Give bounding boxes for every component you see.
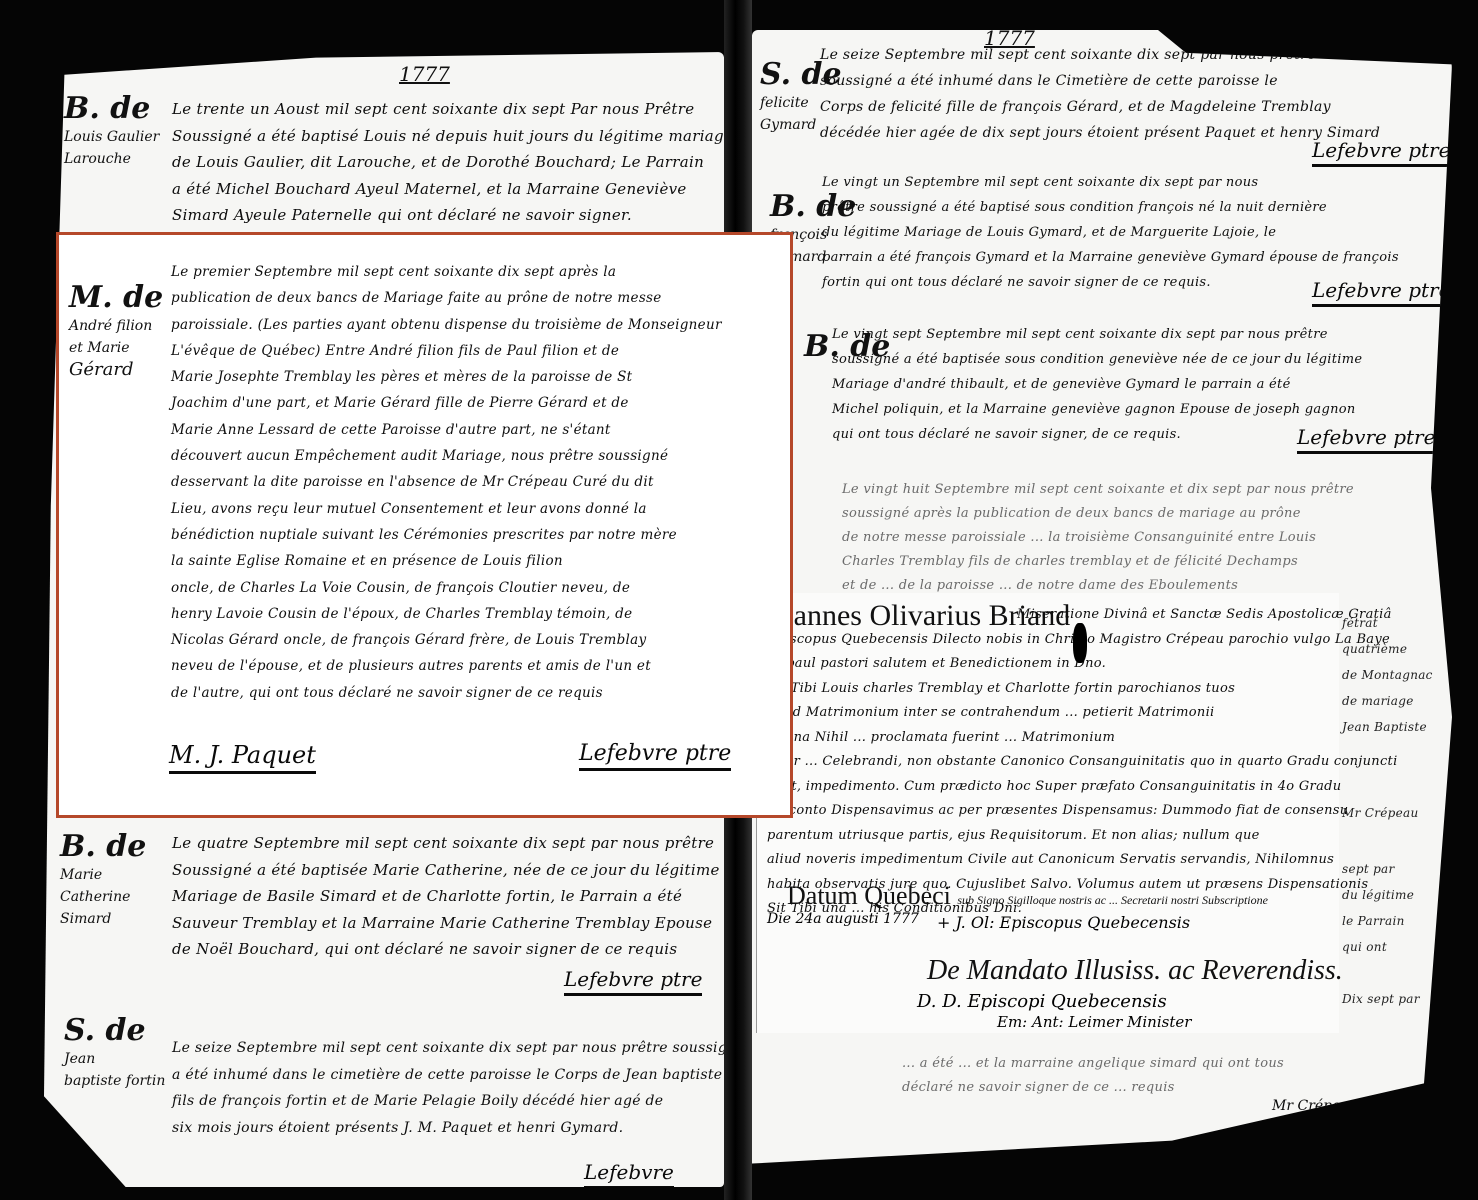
entry-baptism-marie-catherine-simard: Le quatre Septembre mil sept cent soixan… (172, 830, 720, 963)
signature-lefebvre-right-1: Lefebvre ptre (1312, 138, 1450, 167)
dispensation-date: Die 24a augusti 1777 (767, 911, 919, 927)
signature-lefebvre-entry-4: Lefebvre (584, 1160, 674, 1187)
book-binding-gutter (724, 0, 752, 1200)
datum-heading: Datum Quebeci sub Signo Sigilloque nostr… (787, 881, 1268, 911)
dd-line: D. D. Episcopi Quebecensis (917, 991, 1167, 1012)
dispensation-inset: Joannes Olivarius Briand Miseratione Div… (756, 593, 1339, 1033)
margin-note-entry-1: B. de Louis Gaulier Larouche (64, 92, 159, 170)
entry-bottom-fragment: ... a été ... et la marraine angelique s… (902, 1052, 1284, 1100)
margin-note-entry-4: S. de Jean baptiste fortin (64, 1014, 165, 1092)
year-header-left: 1777 (399, 62, 450, 86)
entry-baptism-francois-gymard: Le vingt un Septembre mil sept cent soix… (822, 170, 1399, 295)
bishop-signature: + J. Ol: Episcopus Quebecensis (937, 913, 1190, 932)
margin-note-entry-3: B. de Marie Catherine Simard (60, 830, 146, 930)
entry-baptism-genevieve-thibault: Le vingt sept Septembre mil sept cent so… (832, 322, 1362, 447)
secretary-signature: Em: Ant: Leimer Minister (997, 1013, 1191, 1031)
signature-lefebvre-entry-3: Lefebvre ptre (564, 967, 702, 996)
entry-burial-jean-baptiste-fortin: Le seize Septembre mil sept cent soixant… (172, 1035, 724, 1141)
mandato-line: De Mandato Illusiss. ac Reverendiss. (927, 955, 1343, 987)
left-page: 1777 B. de Louis Gaulier Larouche Le tre… (44, 52, 724, 1187)
ink-blot (1073, 623, 1087, 663)
entry-baptism-louis-gaulier: Le trente un Aoust mil sept cent soixant… (172, 96, 724, 229)
signature-lefebvre-right-2: Lefebvre ptre (1312, 278, 1450, 307)
dispensation-text: Miseratione Divinâ et Sanctæ Sedis Apost… (767, 643, 1398, 922)
signature-lefebvre-right-3: Lefebvre ptre (1297, 425, 1435, 454)
